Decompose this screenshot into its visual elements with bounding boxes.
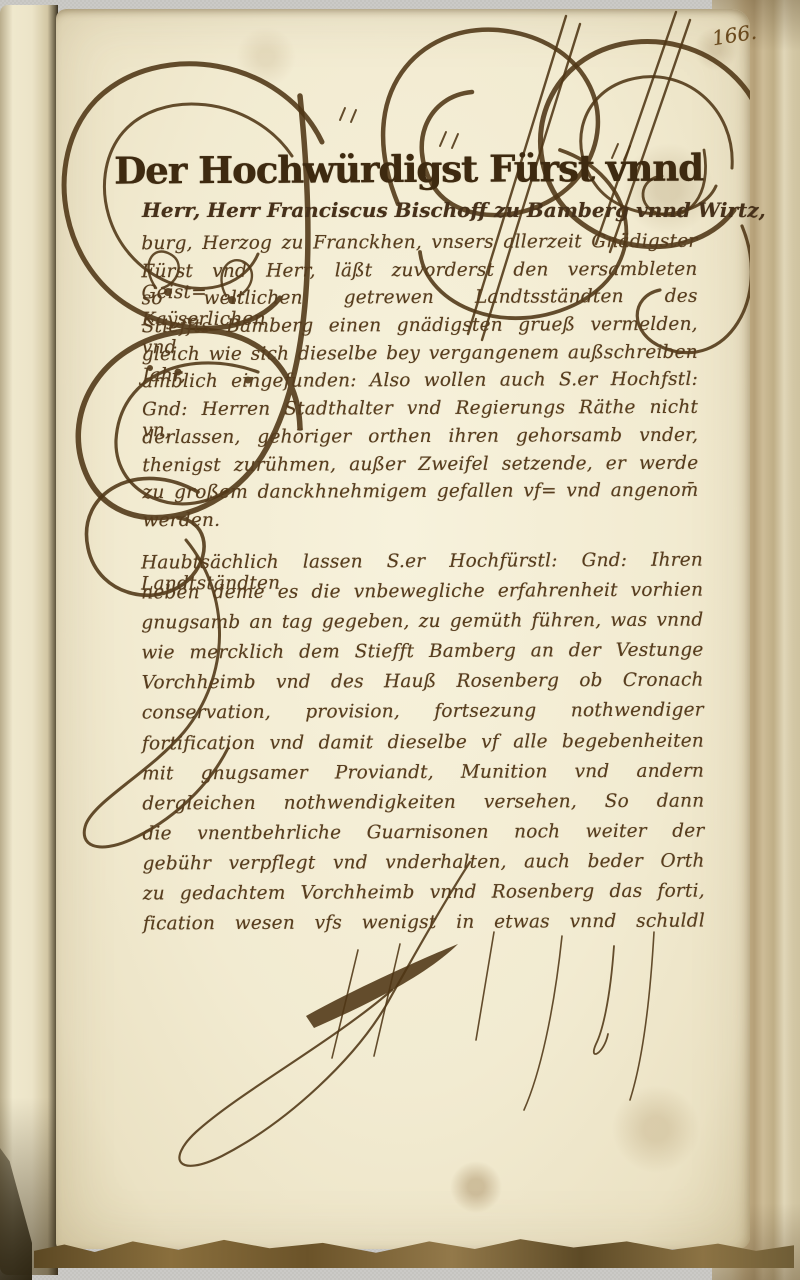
manuscript-line: burg, Herzog zu Franckhen, vnsers allerz… <box>141 231 697 261</box>
manuscript-line: so weltlichen getrewen Landtsständten de… <box>142 286 698 316</box>
facing-page-edge <box>0 5 58 1275</box>
manuscript-line: mit gnugsamer Proviandt, Munition vnd an… <box>142 760 704 793</box>
paragraph-1: burg, Herzog zu Franckhen, vnsers allerz… <box>141 231 698 538</box>
manuscript-line: Stieffts Bamberg einen gnädigsten grueß … <box>142 314 698 344</box>
manuscript-line: gebühr verpflegt vnd vnderhalten, auch b… <box>143 850 705 883</box>
manuscript-line: die vnentbehrliche Guarnisonen noch weit… <box>142 820 704 853</box>
manuscript-line: Gnd: Herren Stadthalter vnd Regierungs R… <box>142 397 698 427</box>
manuscript-line: zu gedachtem Vorchheimb vnnd Rosenberg d… <box>143 881 705 914</box>
manuscript-line: amblich eingefunden: Also wollen auch S.… <box>142 369 698 399</box>
manuscript-line: gleich wie sich dieselbe bey vergangenem… <box>142 342 698 372</box>
manuscript-line: dergleichen nothwendigkeiten versehen, S… <box>142 790 704 823</box>
manuscript-line: neben deme es die vnbewegliche erfahrenh… <box>141 580 703 613</box>
manuscript-page: 166. Der Hochwürdigst Fürst vnnd Herr, H… <box>56 9 750 1249</box>
manuscript-line: gnugsamb an tag gegeben, zu gemüth führe… <box>141 610 703 643</box>
manuscript-line: zu großem danckhnehmigem gefallen vf= vn… <box>142 480 698 510</box>
manuscript-line: fication wesen vfs wenigst in etwas vnnd… <box>143 911 705 944</box>
manuscript-line: derlassen, gehöriger orthen ihren gehors… <box>142 425 698 455</box>
manuscript-line: conservation, provision, fortsezung noth… <box>142 700 704 733</box>
manuscript-line: wie mercklich dem Stiefft Bamberg an der… <box>141 640 703 673</box>
manuscript-line: thenigst zurühmen, außer Zweifel setzend… <box>142 452 698 482</box>
manuscript-line: Vorchheimb vnd des Hauß Rosenberg ob Cro… <box>142 670 704 703</box>
manuscript-subheading: Herr, Herr Franciscus Bischoff zu Bamber… <box>142 198 702 222</box>
manuscript-line: fortification vnd damit dieselbe vf alle… <box>142 730 704 763</box>
book-scan: 166. Der Hochwürdigst Fürst vnnd Herr, H… <box>0 0 800 1280</box>
manuscript-line: werden. <box>143 508 699 538</box>
manuscript-heading: Der Hochwürdigst Fürst vnnd <box>114 145 714 192</box>
manuscript-line: Haubtsächlich lassen S.er Hochfürstl: Gn… <box>141 550 703 583</box>
manuscript-line: Fürst vnd Herr, läßt zuvorderst den vers… <box>141 258 697 288</box>
paragraph-2: Haubtsächlich lassen S.er Hochfürstl: Gn… <box>141 550 705 944</box>
